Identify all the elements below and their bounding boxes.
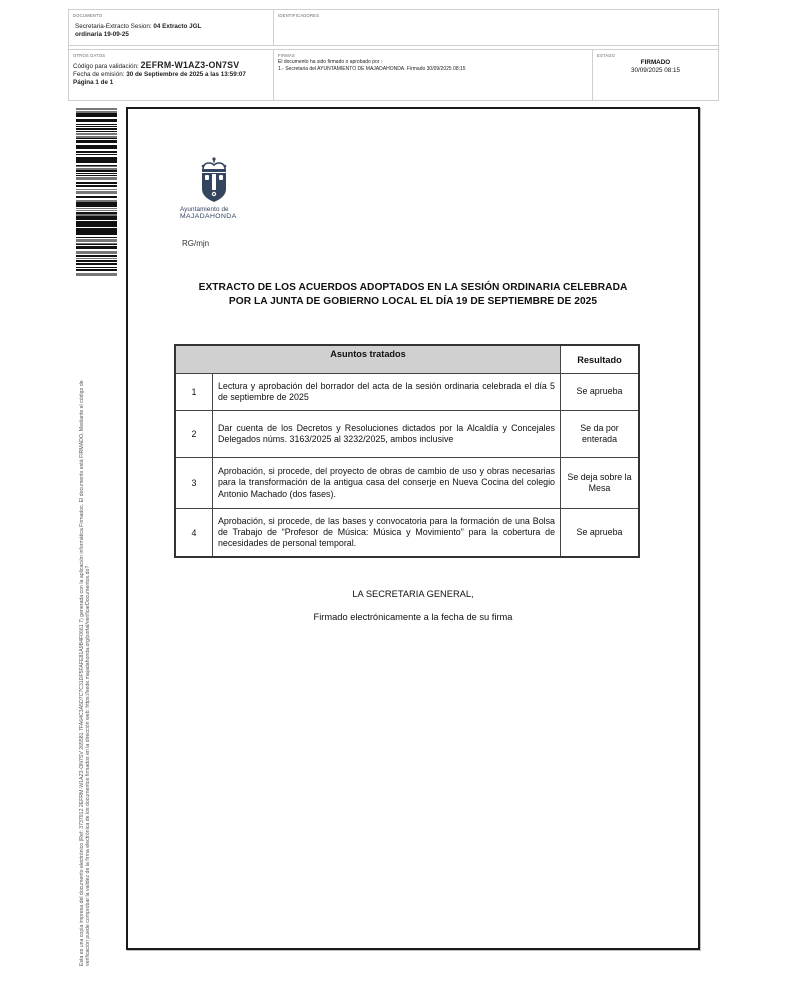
header-asuntos: Asuntos tratados <box>175 345 561 374</box>
table-row: 1 Lectura y aprobación del borrador del … <box>175 374 639 411</box>
otros-datos-cell: OTROS DATOS Código para validación: 2EFR… <box>69 49 274 100</box>
status-badge: FIRMADO <box>593 59 718 66</box>
verification-side-text: Esta es una copia impresa del documento … <box>79 286 92 966</box>
agenda-table: Asuntos tratados Resultado 1 Lectura y a… <box>174 344 640 558</box>
firmas-cell: FIRMAS El documento ha sido firmado o ap… <box>274 49 593 100</box>
status-date: 30/09/2025 08:15 <box>593 67 718 74</box>
reference-initials: RG/mjn <box>182 239 209 248</box>
header-resultado: Resultado <box>561 345 640 374</box>
signer-line: 1.- Secretaria del AYUNTAMIENTO DE MAJAD… <box>278 66 466 72</box>
document-page: Ayuntamiento de MAJADAHONDA RG/mjn EXTRA… <box>126 107 700 950</box>
page-title: EXTRACTO DE LOS ACUERDOS ADOPTADOS EN LA… <box>128 281 698 308</box>
coat-of-arms-icon <box>198 157 230 205</box>
signature-note: Firmado electrónicamente a la fecha de s… <box>128 612 698 622</box>
estado-cell: ESTADO FIRMADO 30/09/2025 08:15 <box>593 49 718 100</box>
page-count: Página 1 de 1 <box>73 79 113 86</box>
table-row: 2 Dar cuenta de los Decretos y Resolucio… <box>175 411 639 458</box>
otros-datos-label: OTROS DATOS <box>73 53 105 58</box>
municipality-logo: Ayuntamiento de MAJADAHONDA <box>180 157 250 220</box>
document-title: Secretaria-Extracto Sesion: 04 Extracto … <box>75 23 270 39</box>
identificadores-cell: IDENTIFICADORES <box>274 10 718 46</box>
firmas-label: FIRMAS <box>278 53 295 58</box>
validation-code: 2EFRM-W1AZ3-ON7SV <box>141 60 240 70</box>
documento-label: DOCUMENTO <box>73 13 102 18</box>
barcode-icon <box>76 108 117 276</box>
issue-date: 30 de Septiembre de 2025 a las 13:59:07 <box>126 71 246 78</box>
identificadores-label: IDENTIFICADORES <box>278 13 319 18</box>
table-row: 4 Aprobación, si procede, de las bases y… <box>175 509 639 558</box>
signature-role: LA SECRETARIA GENERAL, <box>128 589 698 599</box>
table-row: 3 Aprobación, si procede, del proyecto d… <box>175 458 639 509</box>
estado-label: ESTADO <box>597 53 615 58</box>
document-metadata-header: DOCUMENTO Secretaria-Extracto Sesion: 04… <box>68 9 719 101</box>
documento-cell: DOCUMENTO Secretaria-Extracto Sesion: 04… <box>69 10 274 46</box>
